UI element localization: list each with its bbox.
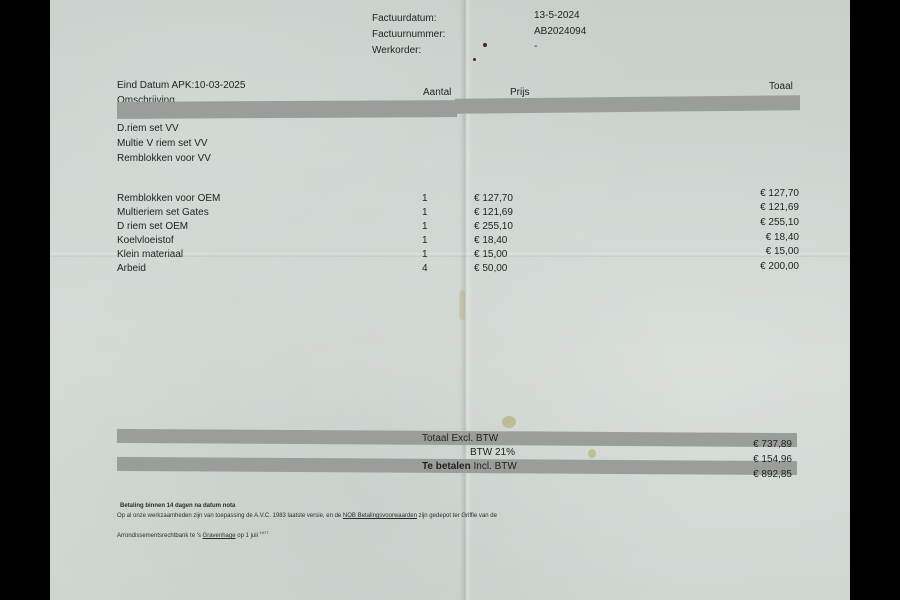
item-description: Klein materiaal bbox=[117, 250, 183, 260]
total-incl-vat-value: € 892,85 bbox=[700, 470, 792, 480]
total-incl-vat-label-rest: Incl. BTW bbox=[471, 461, 517, 472]
item-price: € 50,00 bbox=[474, 264, 507, 274]
item-total: € 18,40 bbox=[700, 233, 799, 243]
item-quantity: 1 bbox=[422, 194, 428, 204]
item-quantity: 1 bbox=[422, 250, 428, 260]
item-price: € 121,69 bbox=[474, 208, 513, 218]
work-note: D.riem set VV bbox=[117, 124, 179, 134]
item-description: Koelvloeistof bbox=[117, 236, 174, 246]
conditions-text: zijn gedepot ter Griffie van de bbox=[417, 513, 497, 519]
conditions-year: 1977 bbox=[260, 530, 269, 535]
gravenhage-link[interactable]: Gravenhage bbox=[203, 533, 236, 539]
conditions-line-1: Op al onze werkzaamheden zijn van toepas… bbox=[117, 513, 497, 519]
column-header-total: Toaal bbox=[769, 82, 793, 92]
column-header-quantity: Aantal bbox=[423, 88, 451, 98]
item-total: € 255,10 bbox=[700, 218, 799, 228]
conditions-text: Op al onze werkzaamheden zijn van toepas… bbox=[117, 513, 343, 519]
vat-value: € 154,96 bbox=[700, 455, 792, 465]
item-price: € 127,70 bbox=[474, 194, 513, 204]
item-description: Remblokken voor OEM bbox=[117, 194, 220, 204]
conditions-line-2: Arrondissementsrechtbank te 's Gravenhag… bbox=[117, 531, 268, 539]
item-description: Multieriem set Gates bbox=[117, 208, 209, 218]
invoice-number-value: AB2024094 bbox=[534, 27, 586, 37]
header-bar-right bbox=[455, 95, 800, 114]
ink-spot bbox=[473, 58, 476, 61]
workorder-value: - bbox=[534, 42, 537, 52]
total-incl-vat-label-bold: Te betalen bbox=[422, 461, 471, 472]
item-total: € 15,00 bbox=[700, 247, 799, 257]
conditions-text: op 1 juli bbox=[236, 533, 260, 539]
ink-spot bbox=[483, 43, 487, 47]
item-price: € 18,40 bbox=[474, 236, 507, 246]
header-bar-left bbox=[117, 100, 457, 119]
stain bbox=[502, 416, 516, 428]
item-description: Arbeid bbox=[117, 264, 146, 274]
conditions-text: Arrondissementsrechtbank te 's bbox=[117, 533, 203, 539]
item-description: D riem set OEM bbox=[117, 222, 188, 232]
vat-label: BTW 21% bbox=[470, 448, 515, 458]
total-excl-vat-label: Totaal Excl. BTW bbox=[422, 434, 498, 444]
item-price: € 15,00 bbox=[474, 250, 507, 260]
item-total: € 121,69 bbox=[700, 203, 799, 213]
item-quantity: 1 bbox=[422, 208, 428, 218]
work-note: Multie V riem set VV bbox=[117, 139, 208, 149]
apk-end-date: Eind Datum APK:10-03-2025 bbox=[117, 81, 245, 91]
item-quantity: 1 bbox=[422, 236, 428, 246]
payment-terms: Betaling binnen 14 dagen na datum nota bbox=[120, 503, 235, 509]
column-header-price: Prijs bbox=[510, 88, 529, 98]
stain bbox=[459, 290, 465, 320]
invoice-date-label: Factuurdatum: bbox=[372, 14, 436, 24]
stain bbox=[588, 449, 596, 458]
total-incl-vat-label: Te betalen Incl. BTW bbox=[422, 462, 517, 472]
item-quantity: 4 bbox=[422, 264, 428, 274]
item-quantity: 1 bbox=[422, 222, 428, 232]
item-total: € 200,00 bbox=[700, 262, 799, 272]
workorder-label: Werkorder: bbox=[372, 46, 421, 56]
invoice-number-label: Factuurnummer: bbox=[372, 30, 445, 40]
nob-conditions-link[interactable]: NOB Betalingsvoorwaarden bbox=[343, 513, 417, 519]
invoice-date-value: 13-5-2024 bbox=[534, 11, 580, 21]
total-excl-vat-value: € 737,89 bbox=[700, 440, 792, 450]
work-note: Remblokken voor VV bbox=[117, 154, 211, 164]
item-price: € 255,10 bbox=[474, 222, 513, 232]
invoice-paper: Factuurdatum: 13-5-2024 Factuurnummer: A… bbox=[50, 0, 850, 600]
item-total: € 127,70 bbox=[700, 189, 799, 199]
